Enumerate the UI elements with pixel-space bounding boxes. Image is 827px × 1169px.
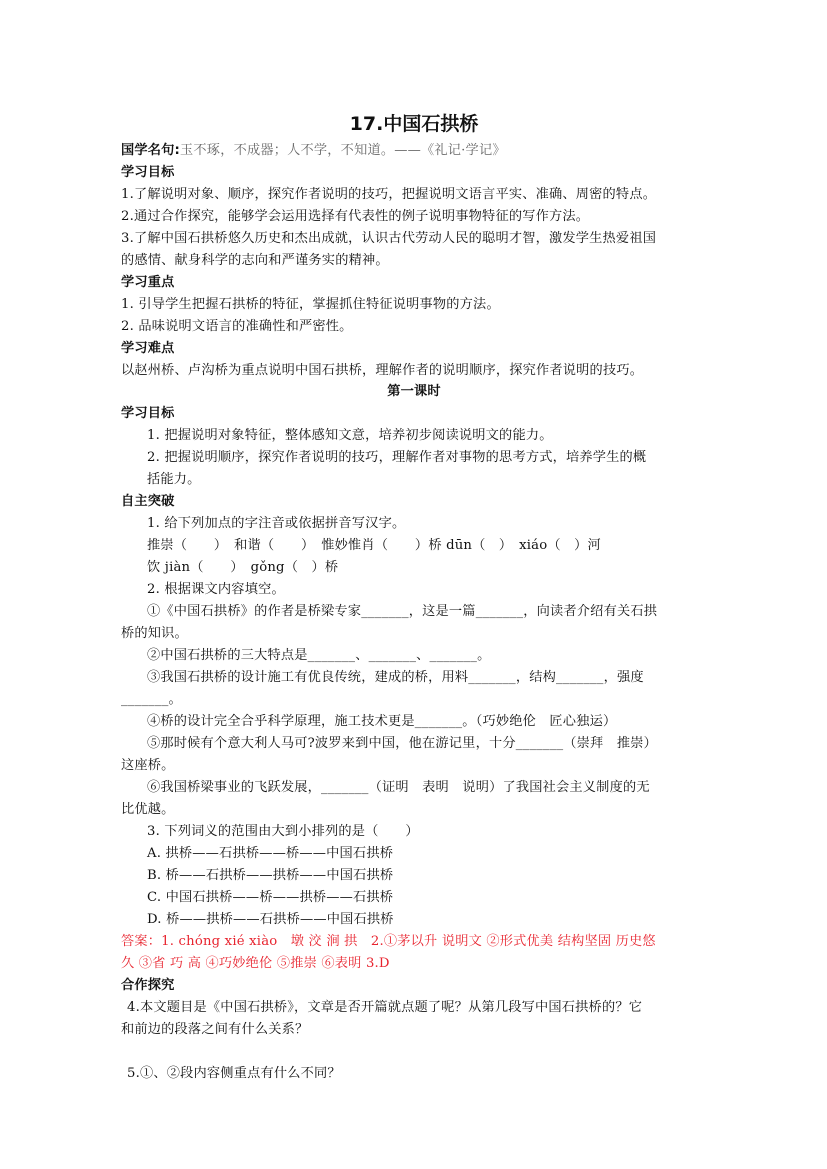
fill-item: 这座桥。: [121, 755, 175, 777]
goals-heading: 学习目标: [121, 162, 175, 184]
fill-item: ⑥我国桥梁事业的飞跃发展，_______（证明 表明 说明）了我国社会主义制度的…: [147, 777, 650, 799]
page-title: 17.中国石拱桥: [121, 110, 707, 138]
fill-item: ②中国石拱桥的三大特点是_______、_______、_______。: [147, 645, 490, 667]
goal-item: 1.了解说明对象、顺序，探究作者说明的技巧，把握说明文语言平实、准确、周密的特点…: [121, 184, 656, 206]
lesson-heading: 第一课时: [121, 381, 707, 403]
question-4-cont: 和前边的段落之间有什么关系？: [121, 1019, 308, 1041]
goal-item: 2.通过合作探究，能够学会运用选择有代表性的例子说明事物特征的写作方法。: [121, 206, 589, 228]
difficulties-text: 以赵州桥、卢沟桥为重点说明中国石拱桥，理解作者的说明顺序，探究作者说明的技巧。: [121, 360, 643, 382]
fill-item: ④桥的设计完全合乎科学原理，施工技术更是_______。（巧妙绝伦 匠心独运）: [147, 711, 616, 733]
question-4: 4.本文题目是《中国石拱桥》，文章是否开篇就点题了呢？从第几段写中国石拱桥的？它: [127, 997, 642, 1019]
quote-text: 玉不琢，不成器；人不学，不知道。——《礼记·学记》: [180, 143, 506, 158]
answer-line: 久 ③省 巧 高 ④巧妙绝伦 ⑤推崇 ⑥表明 3.D: [121, 953, 390, 975]
key-points-heading: 学习重点: [121, 272, 175, 294]
option-d: D. 桥——拱桥——石拱桥——中国石拱桥: [147, 909, 394, 931]
fill-item: ③我国石拱桥的设计施工有优良传统，建成的桥，用料_______，结构______…: [147, 667, 644, 689]
option-c: C. 中国石拱桥——桥——拱桥——石拱桥: [147, 887, 393, 909]
quote-line: 国学名句:玉不琢，不成器；人不学，不知道。——《礼记·学记》: [121, 140, 506, 162]
lesson-goal-item: 2. 把握说明顺序，探究作者说明的技巧，理解作者对事物的思考方式，培养学生的概: [147, 447, 646, 469]
lesson-goal-item: 括能力。: [147, 469, 201, 491]
fill-item: ⑤那时候有个意大利人马可?波罗来到中国，他在游记里，十分_______（崇拜 推…: [147, 733, 657, 755]
goal-item: 3.了解中国石拱桥悠久历史和杰出成就，认识古代劳动人民的聪明才智，激发学生热爱祖…: [121, 228, 656, 250]
cooperation-heading: 合作探究: [121, 975, 175, 997]
fill-item: 比优越。: [121, 799, 175, 821]
answer-line: 答案：1. chóng xié xiào 墩 洨 涧 拱 2.①茅以升 说明文 …: [121, 931, 656, 953]
fill-item: 桥的知识。: [121, 623, 188, 645]
question-3: 3. 下列词义的范围由大到小排列的是（ ）: [147, 821, 419, 843]
lesson-goal-item: 1. 把握说明对象特征，整体感知文意，培养初步阅读说明文的能力。: [147, 425, 553, 447]
question-5: 5.①、②段内容侧重点有什么不同？: [127, 1063, 341, 1085]
quote-label: 国学名句:: [121, 143, 180, 158]
question-1: 1. 给下列加点的字注音或依据拼音写汉字。: [147, 513, 405, 535]
fill-item: _______。: [121, 689, 182, 711]
difficulties-heading: 学习难点: [121, 338, 175, 360]
option-b: B. 桥——石拱桥——拱桥——中国石拱桥: [147, 865, 393, 887]
lesson-goals-heading: 学习目标: [121, 403, 175, 425]
question-1-line: 推崇（ ） 和谐（ ） 惟妙惟肖（ ）桥 dūn（ ） xiáo（ ）河: [147, 535, 601, 557]
key-point-item: 1. 引导学生把握石拱桥的特征，掌握抓住特征说明事物的方法。: [121, 294, 500, 316]
fill-item: ①《中国石拱桥》的作者是桥梁专家_______，这是一篇_______，向读者介…: [147, 601, 657, 623]
question-2: 2. 根据课文内容填空。: [147, 579, 285, 601]
goal-item: 的感情、献身科学的志向和严谨务实的精神。: [121, 250, 389, 272]
option-a: A. 拱桥——石拱桥——桥——中国石拱桥: [147, 843, 393, 865]
key-point-item: 2. 品味说明文语言的准确性和严密性。: [121, 316, 353, 338]
self-study-heading: 自主突破: [121, 491, 175, 513]
question-1-line: 饮 jiàn（ ） gǒng（ ）桥: [147, 557, 338, 579]
